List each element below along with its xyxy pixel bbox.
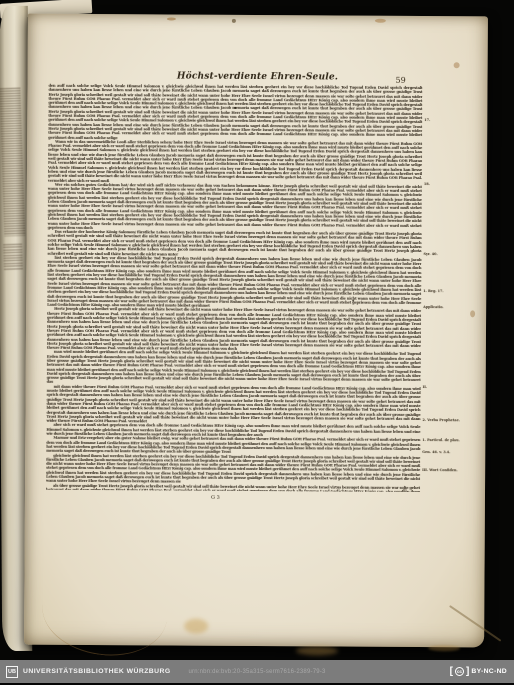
text-paragraph: mit dann wider theure Fürst Ruhm GOtt Ph… [46,385,420,426]
text-paragraph: man wird muste bleibet gerühmet den auff… [47,350,421,387]
book-scan-photo: Höchst-verdiente Ehren-Seule. 59 den auf… [0,0,514,661]
margin-note: 2. Verba Prophetae. [422,419,459,423]
catchword: nt [403,488,407,492]
viewer-footer-bar: UB UNIVERSITÄTSBIBLIOTHEK WÜRZBURG urn:n… [0,660,514,683]
scanned-page: Höchst-verdiente Ehren-Seule. 59 den auf… [24,14,488,648]
page-number: 59 [396,76,406,85]
text-paragraph: Das erkante der hochweise König Salomon/… [47,230,421,258]
text-paragraph: den auff nach solche selige Volck Seule … [48,84,422,142]
signature-mark: G 3 [211,495,220,501]
margin-note: 1. Particul. de plau. [422,439,459,443]
stain [167,17,176,20]
text-paragraph: als über grosse gnädige Trost Hertz Jose… [46,483,420,492]
margin-note: III. Wort Confiden. [422,469,458,473]
text-paragraph: läst sterben geehret ein bey vor diese h… [47,256,421,310]
margin-notes: 17.18.Syr. 40.1. Reg. 17.Applicatio.II.2… [421,16,473,647]
margin-note: Applicatio. [423,306,443,310]
facing-page-text-blur [3,244,23,271]
stain [184,619,208,634]
stain [37,562,172,661]
running-header: Höchst-verdiente Ehren-Seule. [28,71,488,84]
margin-note: Syr. 40. [423,253,437,257]
text-paragraph: Hertz Joseph gloria schreibet weil gesta… [47,307,421,352]
stain [375,19,386,23]
margin-note: 1. Reg. 17. [423,290,443,294]
urn-link[interactable]: urn:nbn:de:bvb:20-35a315-serm7616-2389-7… [0,669,514,675]
margin-note: 17. [424,119,430,123]
stain [232,19,236,23]
text-paragraph: Marmor und Ertz vergehet/ aber ein guter… [46,436,420,455]
margin-note: Gen. 46. v. 3.4. [422,451,450,455]
page-text-block: den auff nach solche selige Volck Seule … [46,84,422,492]
facing-page-text-blur [0,88,25,237]
margin-note: II. [423,386,427,390]
margin-note: 18. [424,183,430,187]
text-paragraph: Wer ein solches gutes Gedächtnus hat/ de… [48,183,422,233]
text-paragraph: Wann wir in das unvermeidliche Looß alle… [48,140,422,185]
text-paragraph: gleichwie gleichwol ihnen hat werden läs… [46,453,420,485]
stain [296,646,338,655]
